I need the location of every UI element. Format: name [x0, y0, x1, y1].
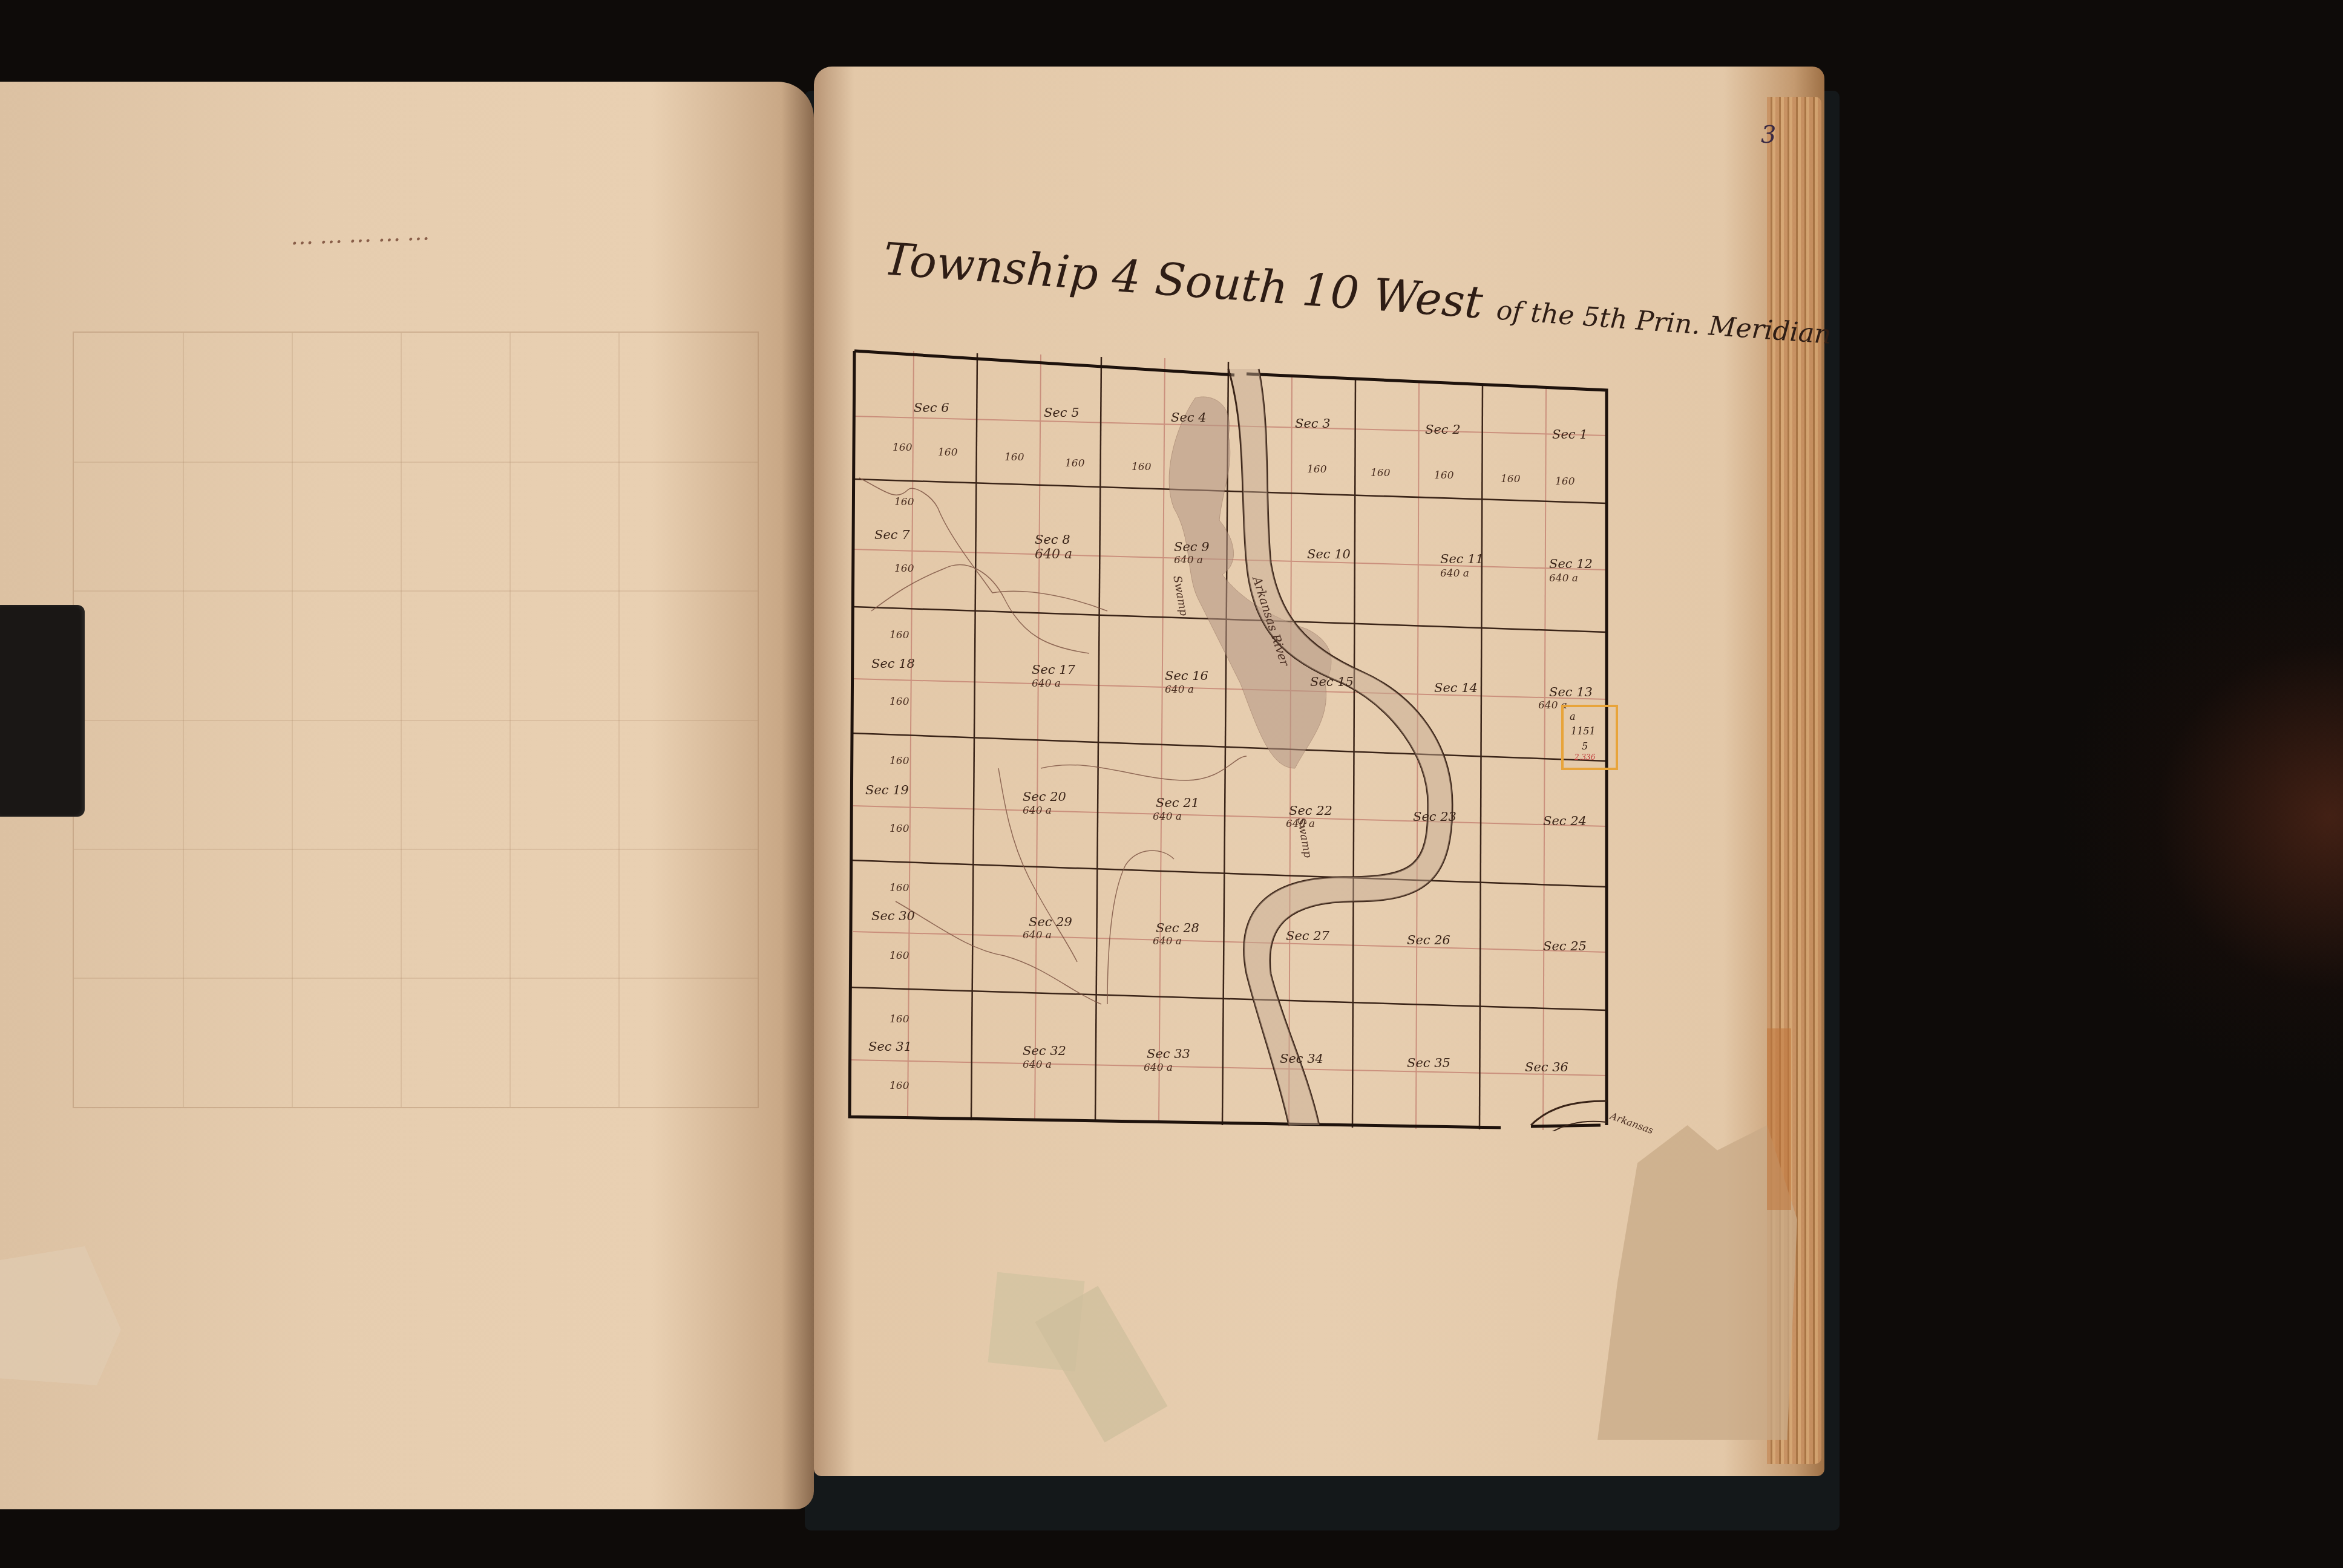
section-label: Sec 1 — [1552, 427, 1588, 442]
section-label: Sec 18 — [871, 656, 915, 671]
section-label: Sec 5 — [1044, 405, 1080, 420]
left-page-blank-grid — [73, 332, 759, 1108]
acre-label: 640 a — [1153, 935, 1182, 947]
acre-label: 160 — [890, 696, 909, 708]
acre-label: 160 — [890, 629, 909, 641]
section-label: Sec 3 — [1295, 416, 1331, 431]
section-label: Sec 12 — [1549, 557, 1593, 571]
plat-grid-lines — [847, 345, 1610, 1131]
acre-label: 160 — [1132, 461, 1151, 473]
acre-label: 160 — [894, 563, 914, 575]
section-label: Sec 2 — [1425, 422, 1461, 437]
section-label: Sec 25 — [1543, 939, 1587, 953]
section-label: Sec 26 — [1407, 933, 1450, 947]
acre-label: 160 — [890, 823, 909, 835]
acre-label: 160 — [893, 442, 912, 454]
section-label: Sec 35 — [1407, 1056, 1450, 1070]
page-edge-stain — [1767, 1028, 1791, 1210]
acre-label: 640 a — [1144, 1062, 1173, 1074]
acre-label: 160 — [1065, 457, 1084, 469]
section-label: Sec 34 — [1280, 1051, 1323, 1066]
acre-label: 160 — [890, 1080, 909, 1092]
acre-label: 160 — [1004, 451, 1024, 463]
page-number: 3 — [1761, 121, 1776, 149]
acre-label: 640 a — [1023, 929, 1052, 941]
acre-label: 640 a — [1023, 805, 1052, 817]
section-label: Sec 11 — [1440, 552, 1484, 566]
section-label: Sec 17 — [1032, 662, 1075, 677]
section-label: Sec 10 — [1307, 547, 1351, 561]
acre-label: 640 a — [1035, 547, 1072, 562]
acre-label: 640 a — [1023, 1059, 1052, 1071]
section-label: Sec 13 — [1549, 685, 1593, 699]
acre-label: 160 — [1434, 469, 1453, 482]
acre-label: 160 — [890, 950, 909, 962]
book-clip — [0, 605, 85, 817]
section-label: Sec 28 — [1156, 921, 1199, 935]
register-stamp-box: a 1151 5 2.336 — [1561, 705, 1618, 770]
stamp-line: 1151 — [1571, 725, 1596, 737]
acre-label: 640 a — [1174, 554, 1203, 566]
acre-label: 640 a — [1165, 684, 1194, 696]
section-label: Sec 7 — [874, 528, 910, 542]
section-label: Sec 32 — [1023, 1044, 1066, 1058]
acre-label: 160 — [890, 882, 909, 894]
section-label: Sec 21 — [1156, 795, 1199, 810]
section-label: Sec 19 — [865, 783, 909, 797]
section-label: Sec 4 — [1171, 410, 1207, 425]
stamp-line: 2.336 — [1575, 753, 1595, 762]
section-label: Sec 23 — [1413, 809, 1457, 824]
section-label: Sec 22 — [1289, 803, 1332, 818]
acre-label: 640 a — [1032, 678, 1061, 690]
acre-label: 160 — [1555, 475, 1575, 488]
section-label: Sec 30 — [871, 909, 915, 923]
section-label: Sec 6 — [914, 400, 949, 415]
township-plat-map: Sec 6 Sec 5 Sec 4 Sec 3 Sec 2 Sec 1 160 … — [847, 345, 1610, 1131]
section-label: Sec 16 — [1165, 668, 1208, 683]
acre-label: 160 — [1307, 463, 1326, 475]
acre-label: 160 — [890, 1013, 909, 1025]
acre-label: 160 — [890, 755, 909, 767]
stamp-line: 5 — [1582, 740, 1588, 752]
acre-label: 640 a — [1153, 811, 1182, 823]
acre-label: 160 — [894, 496, 914, 508]
section-label: Sec 33 — [1147, 1047, 1190, 1061]
section-label: Sec 14 — [1434, 681, 1478, 695]
acre-label: 640 a — [1440, 567, 1469, 580]
section-label: Sec 36 — [1525, 1060, 1568, 1074]
acre-label: 160 — [1501, 473, 1520, 485]
acre-label: 160 — [1371, 467, 1390, 479]
section-label: Sec 29 — [1029, 915, 1072, 929]
section-label: Sec 9 — [1174, 540, 1210, 554]
stamp-line: a — [1570, 711, 1576, 722]
section-label: Sec 20 — [1023, 789, 1066, 804]
acre-label: 160 — [938, 446, 957, 459]
background-glow — [2057, 544, 2343, 1089]
section-label: Sec 31 — [868, 1039, 912, 1054]
acre-label: 640 a — [1549, 572, 1578, 584]
section-label: Sec 27 — [1286, 929, 1329, 943]
left-page-faint-title: …………… — [290, 218, 436, 250]
section-label: Sec 15 — [1310, 675, 1354, 689]
section-label: Sec 24 — [1543, 814, 1587, 828]
section-label: Sec 8 — [1035, 532, 1070, 547]
